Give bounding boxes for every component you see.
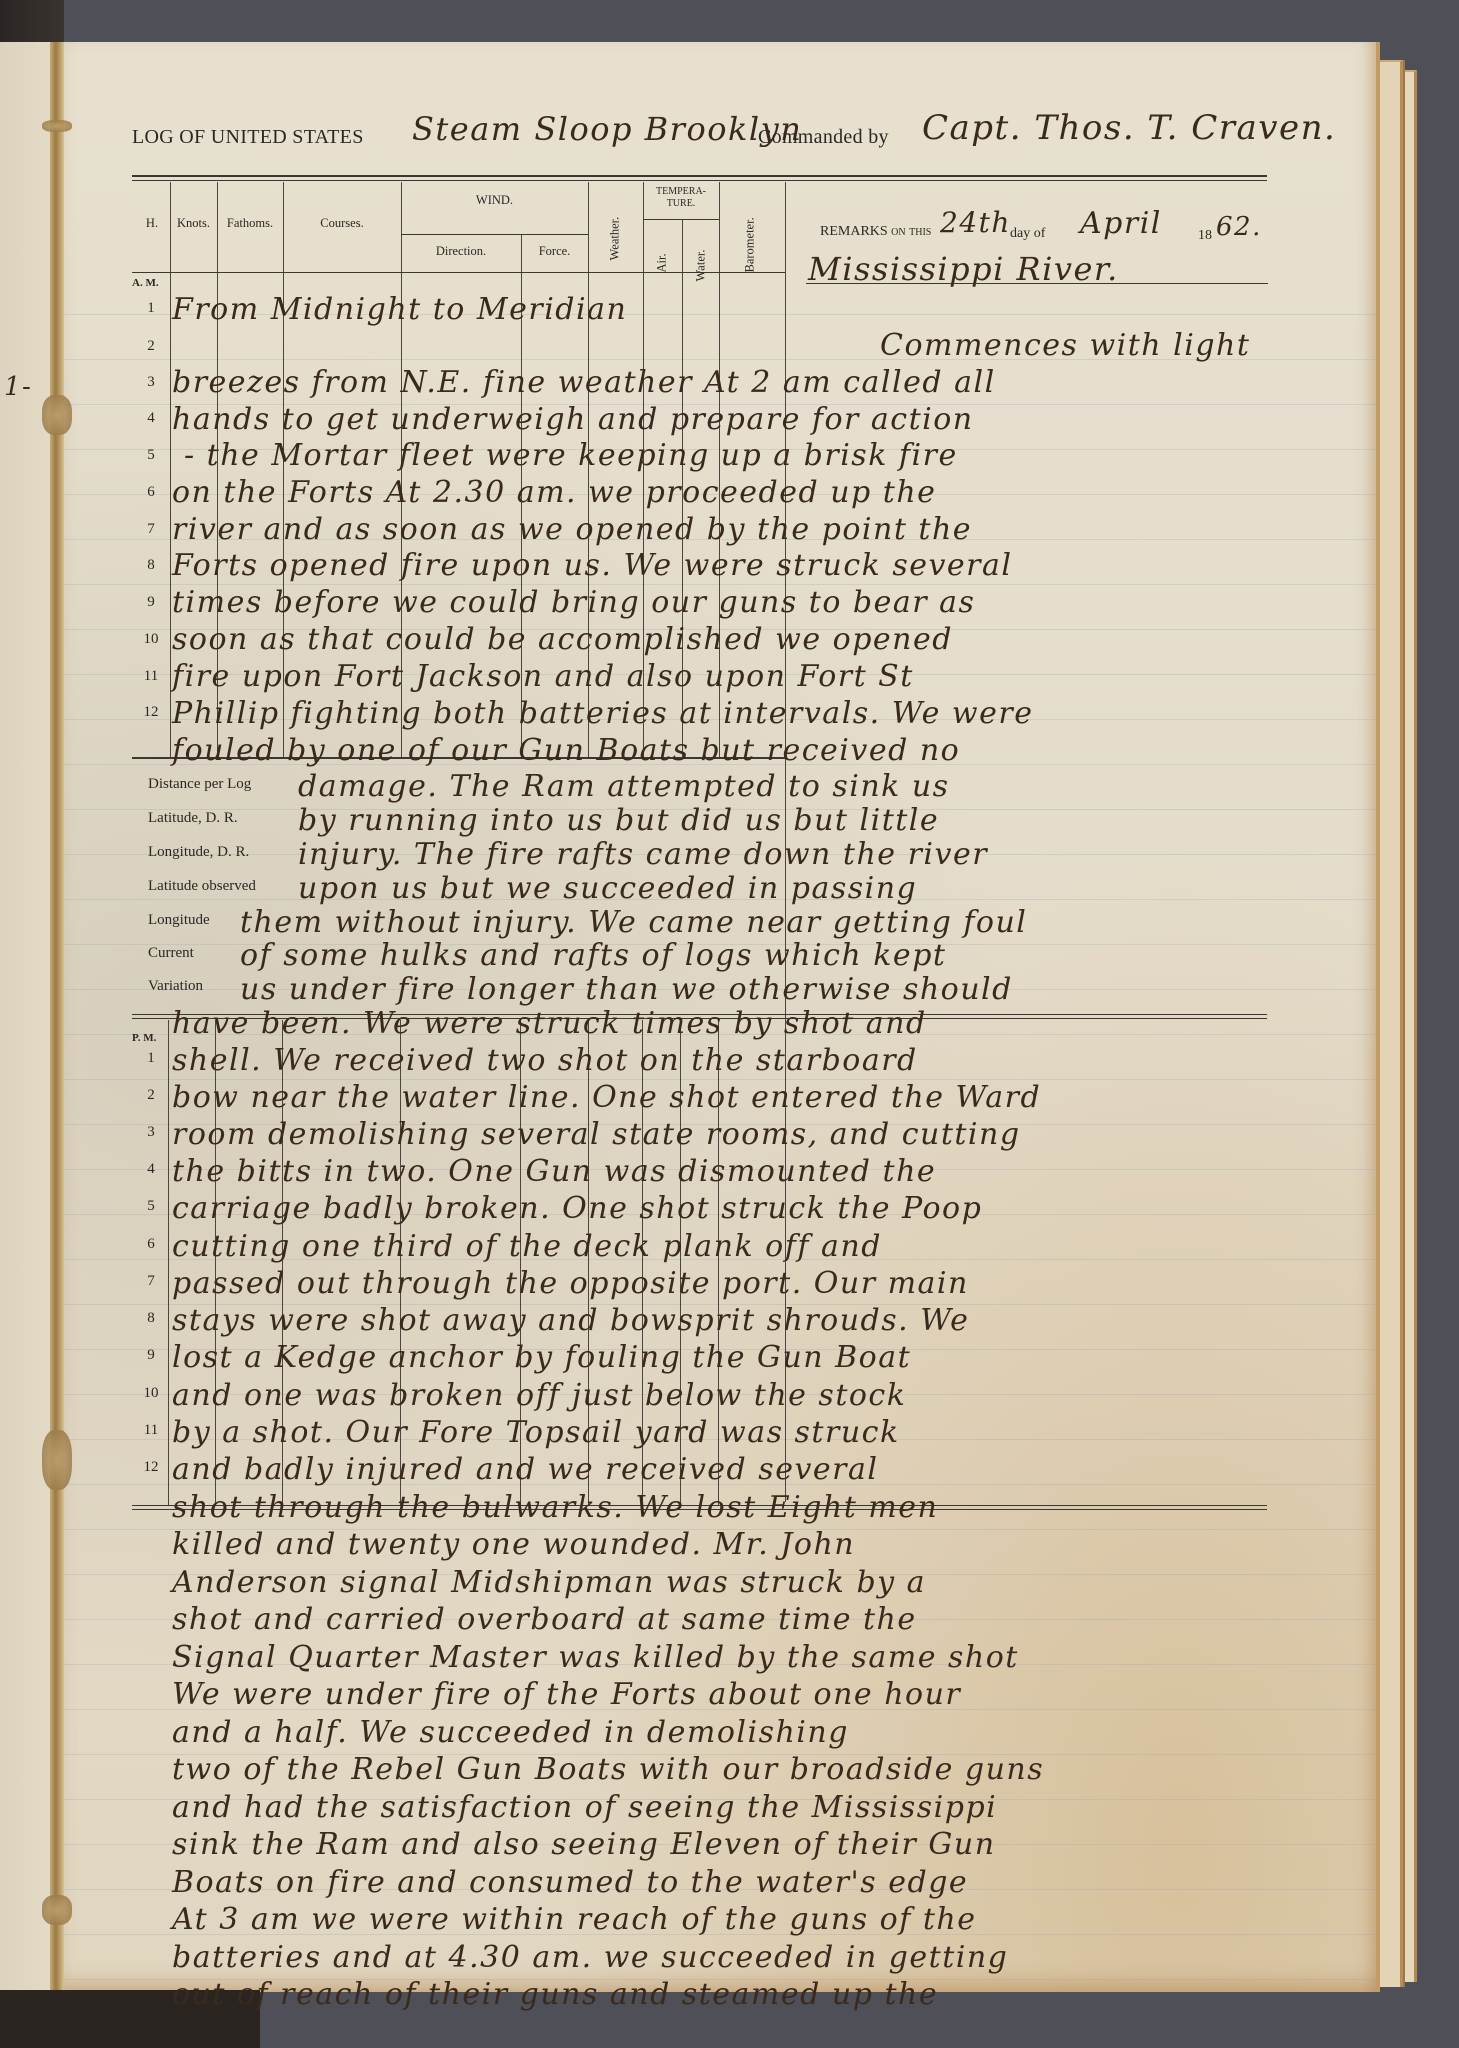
entry-line: cutting one third of the deck plank off … — [172, 1229, 882, 1264]
entry-line: lost a Kedge anchor by fouling the Gun B… — [172, 1340, 911, 1375]
vessel-name: Steam Sloop Brooklyn — [412, 110, 802, 148]
entry-line: on the Forts At 2.30 am. we proceeded up… — [172, 475, 936, 510]
binding-knot — [42, 1895, 72, 1925]
entry-line: room demolishing several state rooms, an… — [172, 1117, 1021, 1152]
col-divider — [168, 1020, 169, 1505]
header-rule — [132, 180, 1267, 181]
entry-line: Commences with light — [880, 328, 1250, 363]
am-hour: 10 — [140, 631, 162, 648]
am-label: A. M. — [132, 277, 159, 289]
entry-line: damage. The Ram attempted to sink us — [298, 769, 950, 804]
entry-line: out of reach of their guns and steamed u… — [172, 1977, 938, 2012]
entry-line: them without injury. We came near gettin… — [240, 905, 1027, 940]
col-knots: Knots. — [170, 216, 217, 231]
pm-hour: 5 — [140, 1198, 162, 1215]
entry-line: and badly injured and we received severa… — [172, 1452, 878, 1487]
nav-label: Latitude, D. R. — [148, 810, 238, 827]
col-wind-force: Force. — [521, 244, 588, 259]
col-wind-direction: Direction. — [401, 244, 521, 259]
col-temperature: TEMPERA-TURE. — [646, 186, 716, 210]
nav-label: Latitude observed — [148, 878, 256, 895]
entry-line: Anderson signal Midshipman was struck by… — [172, 1565, 926, 1600]
temp-subrule — [643, 219, 719, 220]
col-wind: WIND. — [401, 193, 588, 208]
am-hour: 9 — [140, 594, 162, 611]
am-hour: 12 — [140, 704, 162, 721]
column-header-bottom — [132, 272, 785, 273]
pm-hour: 4 — [140, 1161, 162, 1178]
pm-hour: 11 — [140, 1422, 162, 1439]
nav-label: Variation — [148, 978, 203, 995]
entry-line: From Midnight to Meridian — [172, 292, 627, 327]
entry-line: At 3 am we were within reach of the guns… — [172, 1902, 976, 1937]
printed-title: LOG OF UNITED STATES — [132, 126, 364, 149]
remarks-label: REMARKS on this — [820, 224, 931, 240]
remarks-month: April — [1080, 206, 1162, 241]
entry-line: two of the Rebel Gun Boats with our broa… — [172, 1752, 1044, 1787]
binding-knot — [42, 1430, 72, 1490]
entry-line: Signal Quarter Master was killed by the … — [172, 1640, 1019, 1675]
entry-line: killed and twenty one wounded. Mr. John — [172, 1527, 855, 1562]
left-page-fragment: 1- — [4, 372, 32, 402]
nav-label: Longitude, D. R. — [148, 844, 249, 861]
nav-label: Distance per Log — [148, 776, 251, 793]
col-air: Air. — [655, 233, 670, 273]
pm-hour: 1 — [140, 1050, 162, 1067]
year-printed: 18 — [1198, 228, 1212, 244]
nav-label: Longitude — [148, 912, 210, 929]
entry-line: hands to get underweigh and prepare for … — [172, 402, 974, 437]
commander-name: Capt. Thos. T. Craven. — [922, 108, 1336, 148]
entry-line: times before we could bring our guns to … — [172, 585, 975, 620]
entry-line: and one was broken off just below the st… — [172, 1378, 906, 1413]
entry-line: carriage badly broken. One shot struck t… — [172, 1191, 982, 1226]
am-hour: 2 — [140, 338, 162, 355]
am-hour: 6 — [140, 484, 162, 501]
entry-line: us under fire longer than we otherwise s… — [240, 972, 1013, 1007]
entry-line: the bitts in two. One Gun was dismounted… — [172, 1154, 936, 1189]
col-fathoms: Fathoms. — [217, 216, 283, 231]
col-water: Water. — [694, 224, 709, 282]
entry-line: shell. We received two shot on the starb… — [172, 1043, 918, 1078]
pm-hour: 9 — [140, 1347, 162, 1364]
entry-line: passed out through the opposite port. Ou… — [172, 1266, 969, 1301]
col-barometer: Barometer. — [743, 183, 758, 273]
entry-line: and had the satisfaction of seeing the M… — [172, 1790, 997, 1825]
entry-line: Phillip fighting both batteries at inter… — [172, 696, 1033, 731]
am-hour: 11 — [140, 668, 162, 685]
remarks-day: 24th — [940, 206, 1011, 239]
am-hour: 7 — [140, 521, 162, 538]
entry-line: We were under fire of the Forts about on… — [172, 1677, 961, 1712]
day-of-label: day of — [1010, 226, 1045, 242]
col-weather: Weather. — [608, 191, 623, 261]
col-courses: Courses. — [283, 216, 401, 231]
entry-line: upon us but we succeeded in passing — [298, 871, 917, 906]
location-underline — [806, 283, 1268, 284]
year-handwritten: 62. — [1216, 212, 1262, 242]
entry-line: breezes from N.E. fine weather At 2 am c… — [172, 365, 996, 400]
col-divider — [170, 182, 171, 757]
entry-line: river and as soon as we opened by the po… — [172, 512, 972, 547]
col-hour: H. — [134, 216, 170, 231]
pm-hour: 7 — [140, 1273, 162, 1290]
nav-label: Current — [148, 945, 194, 962]
entry-line: by a shot. Our Fore Topsail yard was str… — [172, 1415, 900, 1450]
entry-line: - the Mortar fleet were keeping up a bri… — [184, 438, 958, 473]
pm-hour: 10 — [140, 1385, 162, 1402]
entry-line: Boats on fire and consumed to the water'… — [172, 1865, 968, 1900]
entry-line: injury. The fire rafts came down the riv… — [298, 837, 988, 872]
am-hour: 1 — [140, 300, 162, 317]
entry-line: Forts opened fire upon us. We were struc… — [172, 548, 1013, 583]
entry-line: bow near the water line. One shot entere… — [172, 1080, 1041, 1115]
entry-line: soon as that could be accomplished we op… — [172, 622, 953, 657]
binding-knot — [42, 120, 72, 132]
pm-hour: 3 — [140, 1124, 162, 1141]
am-hour: 3 — [140, 374, 162, 391]
entry-line: have been. We were struck times by shot … — [172, 1006, 927, 1041]
entry-line: sink the Ram and also seeing Eleven of t… — [172, 1827, 996, 1862]
pm-hour: 12 — [140, 1459, 162, 1476]
am-hour: 5 — [140, 447, 162, 464]
pm-hour: 2 — [140, 1087, 162, 1104]
entry-line: batteries and at 4.30 am. we succeeded i… — [172, 1940, 1008, 1975]
binding-knot — [42, 395, 72, 435]
header-rule — [132, 175, 1267, 177]
entry-line: shot and carried overboard at same time … — [172, 1602, 917, 1637]
pm-hour: 8 — [140, 1310, 162, 1327]
commanded-by-label: Commanded by — [758, 126, 889, 149]
wind-subrule — [401, 234, 588, 235]
binding-spine — [50, 42, 64, 1992]
entry-line: of some hulks and rafts of logs which ke… — [240, 938, 946, 973]
entry-line: fire upon Fort Jackson and also upon For… — [172, 659, 914, 694]
am-hour: 4 — [140, 410, 162, 427]
entry-line: shot through the bulwarks. We lost Eight… — [172, 1490, 938, 1525]
entry-line: fouled by one of our Gun Boats but recei… — [172, 733, 960, 768]
entry-line: stays were shot away and bowsprit shroud… — [172, 1303, 969, 1338]
am-hour: 8 — [140, 557, 162, 574]
entry-line: by running into us but did us but little — [298, 803, 939, 838]
pm-label: P. M. — [132, 1032, 156, 1044]
entry-line: and a half. We succeeded in demolishing — [172, 1715, 849, 1750]
pm-hour: 6 — [140, 1236, 162, 1253]
